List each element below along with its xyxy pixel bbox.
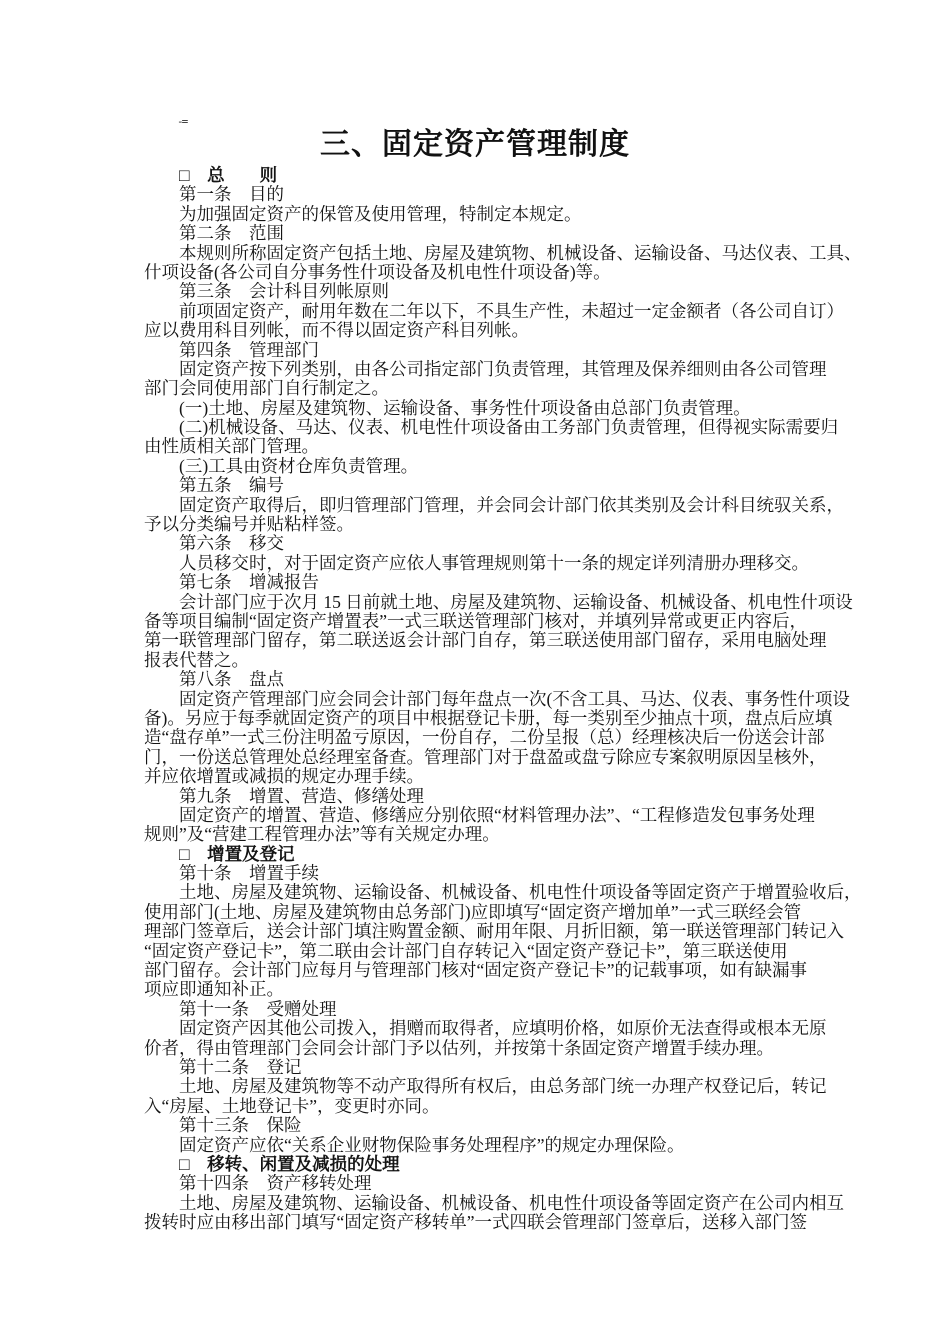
corner-mark: -= — [177, 115, 186, 128]
text-line: 拨转时应由移出部门填写“固定资产移转单”一式四联会管理部门签章后，送移入部门签 — [144, 1213, 850, 1232]
text-line: (三)工具由资材仓库负责管理。 — [144, 457, 850, 476]
text-line: 本规则所称固定资产包括土地、房屋及建筑物、机械设备、运输设备、马达仪表、工具、 — [144, 244, 850, 263]
article-heading: 第十三条 保险 — [144, 1116, 850, 1135]
page-title: 三、固定资产管理制度 — [0, 128, 950, 162]
section-heading: □ 移转、闲置及减损的处理 — [144, 1155, 850, 1174]
article-heading: 第二条 范围 — [144, 224, 850, 243]
article-heading: 第九条 增置、营造、修缮处理 — [144, 787, 850, 806]
article-heading: 第一条 目的 — [144, 185, 850, 204]
text-line: 应以费用科目列帐，而不得以固定资产科目列帐。 — [144, 321, 850, 340]
article-heading: 第五条 编号 — [144, 476, 850, 495]
text-line: 造“盘存单”一式三份注明盈亏原因，一份自存，二份呈报（总）经理核决后一份送会计部 — [144, 728, 850, 747]
text-line: 门，一份送总管理处总经理室备查。管理部门对于盘盈或盘亏除应专案叙明原因呈核外， — [144, 748, 850, 767]
article-heading: 第四条 管理部门 — [144, 341, 850, 360]
section-heading: □ 增置及登记 — [144, 845, 850, 864]
text-line: 会计部门应于次月 15 日前就土地、房屋及建筑物、运输设备、机械设备、机电性什项… — [144, 593, 850, 612]
text-line: 使用部门(土地、房屋及建筑物由总务部门)应即填写“固定资产增加单”一式三联经会管 — [144, 903, 850, 922]
text-line: 固定资产应依“关系企业财物保险事务处理程序”的规定办理保险。 — [144, 1136, 850, 1155]
document-page: -= 三、固定资产管理制度 □ 总 则第一条 目的为加强固定资产的保管及使用管理… — [0, 0, 950, 1344]
article-heading: 第七条 增减报告 — [144, 573, 850, 592]
document-body: □ 总 则第一条 目的为加强固定资产的保管及使用管理，特制定本规定。第二条 范围… — [144, 166, 850, 1232]
text-line: 第一联管理部门留存，第二联送返会计部门自存，第三联送使用部门留存，采用电脑处理 — [144, 631, 850, 650]
text-line: 固定资产的增置、营造、修缮应分别依照“材料管理办法”、“工程修造发包事务处理 — [144, 806, 850, 825]
text-line: 部门留存。会计部门应每月与管理部门核对“固定资产登记卡”的记载事项，如有缺漏事 — [144, 961, 850, 980]
text-line: 入“房屋、土地登记卡”，变更时亦同。 — [144, 1097, 850, 1116]
text-line: 人员移交时，对于固定资产应依人事管理规则第十一条的规定详列清册办理移交。 — [144, 554, 850, 573]
text-line: 项应即通知补正。 — [144, 980, 850, 999]
text-line: (二)机械设备、马达、仪表、机电性什项设备由工务部门负责管理，但得视实际需要归 — [144, 418, 850, 437]
text-line: 理部门签章后，送会计部门填注购置金额、耐用年限、月折旧额，第一联送管理部门转记入 — [144, 922, 850, 941]
text-line: 土地、房屋及建筑物等不动产取得所有权后，由总务部门统一办理产权登记后，转记 — [144, 1077, 850, 1096]
section-heading: □ 总 则 — [144, 166, 850, 185]
article-heading: 第十二条 登记 — [144, 1058, 850, 1077]
text-line: 固定资产取得后，即归管理部门管理，并会同会计部门依其类别及会计科目统驭关系， — [144, 496, 850, 515]
text-line: 固定资产管理部门应会同会计部门每年盘点一次(不含工具、马达、仪表、事务性什项设 — [144, 690, 850, 709]
text-line: 什项设备(各公司自分事务性什项设备及机电性什项设备)等。 — [144, 263, 850, 282]
article-heading: 第八条 盘点 — [144, 670, 850, 689]
text-line: 由性质相关部门管理。 — [144, 437, 850, 456]
text-line: 为加强固定资产的保管及使用管理，特制定本规定。 — [144, 205, 850, 224]
text-line: “固定资产登记卡”，第二联由会计部门自存转记入“固定资产登记卡”，第三联送使用 — [144, 942, 850, 961]
text-line: (一)土地、房屋及建筑物、运输设备、事务性什项设备由总部门负责管理。 — [144, 399, 850, 418]
text-line: 前项固定资产，耐用年数在二年以下，不具生产性，未超过一定金额者（各公司自订） — [144, 302, 850, 321]
text-line: 固定资产因其他公司拨入，捐赠而取得者，应填明价格，如原价无法查得或根本无原 — [144, 1019, 850, 1038]
article-heading: 第十一条 受赠处理 — [144, 1000, 850, 1019]
text-line: 备等项目编制“固定资产增置表”一式三联送管理部门核对，并填列异常或更正内容后， — [144, 612, 850, 631]
text-line: 部门会同使用部门自行制定之。 — [144, 379, 850, 398]
text-line: 土地、房屋及建筑物、运输设备、机械设备、机电性什项设备等固定资产于增置验收后， — [144, 883, 850, 902]
article-heading: 第十四条 资产移转处理 — [144, 1174, 850, 1193]
text-line: 予以分类编号并贴粘样签。 — [144, 515, 850, 534]
text-line: 土地、房屋及建筑物、运输设备、机械设备、机电性什项设备等固定资产在公司内相互 — [144, 1194, 850, 1213]
article-heading: 第十条 增置手续 — [144, 864, 850, 883]
article-heading: 第六条 移交 — [144, 534, 850, 553]
text-line: 规则”及“营建工程管理办法”等有关规定办理。 — [144, 825, 850, 844]
text-line: 固定资产按下列类别，由各公司指定部门负责管理，其管理及保养细则由各公司管理 — [144, 360, 850, 379]
article-heading: 第三条 会计科目列帐原则 — [144, 282, 850, 301]
text-line: 价者，得由管理部门会同会计部门予以估列，并按第十条固定资产增置手续办理。 — [144, 1039, 850, 1058]
text-line: 备)。另应于每季就固定资产的项目中根据登记卡册，每一类别至少抽点十项，盘点后应填 — [144, 709, 850, 728]
text-line: 并应依增置或减损的规定办理手续。 — [144, 767, 850, 786]
text-line: 报表代替之。 — [144, 651, 850, 670]
